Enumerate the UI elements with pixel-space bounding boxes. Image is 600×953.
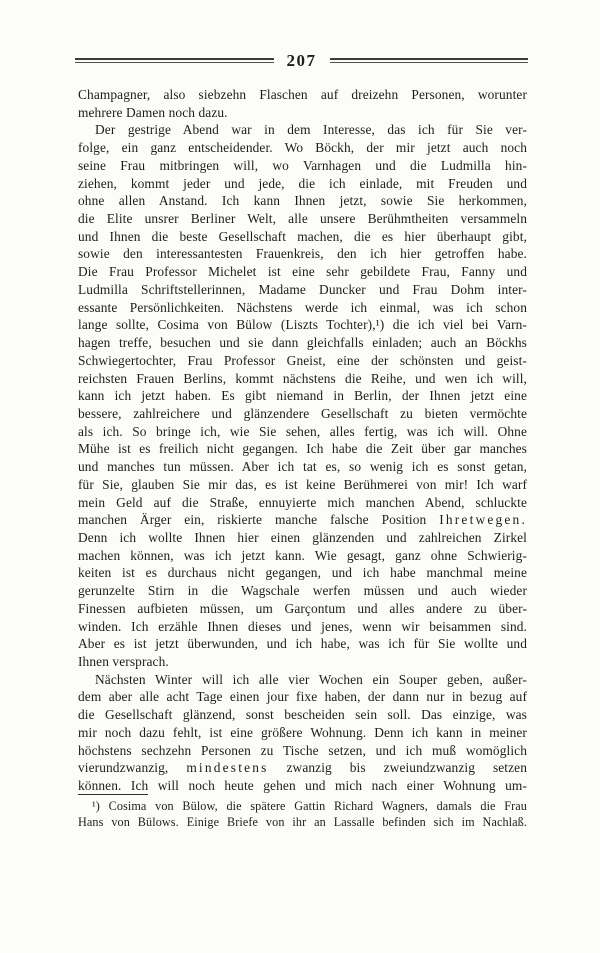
book-page: 207 Champagner, also siebzehn Flaschen a… bbox=[0, 0, 600, 953]
text-line: Champagner, also siebzehn Flaschen auf d… bbox=[78, 86, 527, 104]
text-line: die Gesellschaft glänzend, sonst beschei… bbox=[78, 706, 527, 724]
paragraph: Der gestrige Abend war in dem Interesse,… bbox=[78, 121, 527, 670]
paragraph: Nächsten Winter will ich alle vier Woche… bbox=[78, 671, 527, 795]
text-line: Die Frau Professor Michelet ist eine seh… bbox=[78, 263, 527, 281]
footnote: ¹) Cosima von Bülow, die spätere Gattin … bbox=[78, 798, 527, 831]
text-line: essante Persönlichkeiten. Nächstens werd… bbox=[78, 299, 527, 317]
text-line: und manches tun müssen. Aber ich tat es,… bbox=[78, 458, 527, 476]
text-line: kann ich jetzt haben. Es gibt niemand in… bbox=[78, 387, 527, 405]
text-line: Denn ich wollte Ihnen hier einen glänzen… bbox=[78, 529, 527, 547]
text-line: Aber es ist jetzt überwunden, und ich ha… bbox=[78, 635, 527, 653]
text-line: folge, ein ganz entscheidender. Wo Böckh… bbox=[78, 139, 527, 157]
header-rule-right bbox=[330, 58, 529, 63]
text-line: mir noch dazu fehlt, ist eine größere Wo… bbox=[78, 724, 527, 742]
text-line: als ich. So bringe ich, wie Sie sehen, a… bbox=[78, 423, 527, 441]
letterspaced-text: mindestens bbox=[186, 760, 268, 775]
text-line: lange sollte, Cosima von Bülow (Liszts T… bbox=[78, 316, 527, 334]
text-line: dem aber alle acht Tage einen jour fixe … bbox=[78, 688, 527, 706]
text-line: Nächsten Winter will ich alle vier Woche… bbox=[78, 671, 527, 689]
footnote-separator bbox=[78, 794, 148, 795]
text-line: Der gestrige Abend war in dem Interesse,… bbox=[78, 121, 527, 139]
text-line: sowie den interessantesten Frauenkreis, … bbox=[78, 245, 527, 263]
text-line: Finessen aufbieten müssen, um Garçontum … bbox=[78, 600, 527, 618]
paragraph: Champagner, also siebzehn Flaschen auf d… bbox=[78, 86, 527, 121]
text-line: Ihnen versprach. bbox=[78, 653, 527, 671]
text-line: Schwiegertochter, Frau Professor Gneist,… bbox=[78, 352, 527, 370]
text-line: vierundzwanzig, mindestens zwanzig bis z… bbox=[78, 759, 527, 777]
text-line: winden. Ich erzähle Ihnen dieses und jen… bbox=[78, 618, 527, 636]
text-line: hagen treffe, besuchen und sie dann glei… bbox=[78, 334, 527, 352]
text-line: mein Geld auf die Straße, ennuyierte mic… bbox=[78, 494, 527, 512]
text-line: können. Ich will noch heute gehen und mi… bbox=[78, 777, 527, 795]
text-line: bessere, zahlreichere und glänzendere Ge… bbox=[78, 405, 527, 423]
text-line: ziehen, kommt jeder und jede, die ich ei… bbox=[78, 175, 527, 193]
page-number: 207 bbox=[274, 51, 330, 71]
text-line: Ludmilla Schriftstellerinnen, Madame Dun… bbox=[78, 281, 527, 299]
text-line: Mühe ist es freilich nicht gegangen. Ich… bbox=[78, 440, 527, 458]
text-line: Hans von Bülows. Einige Briefe von ihr a… bbox=[78, 814, 527, 830]
text-line: machen können, was ich jetzt kann. Wie g… bbox=[78, 547, 527, 565]
text-line: reichsten Frauen Berlins, kommt nächsten… bbox=[78, 370, 527, 388]
running-head: 207 bbox=[75, 49, 528, 71]
text-line: ohne allen Anstand. Ich kann Ihnen jetzt… bbox=[78, 192, 527, 210]
text-line: mehrere Damen noch dazu. bbox=[78, 104, 527, 122]
header-rule-left bbox=[75, 58, 274, 63]
text-line: höchstens sechzehn Personen zu Tische se… bbox=[78, 742, 527, 760]
text-line: keiten ist es durchaus nicht gegangen, u… bbox=[78, 564, 527, 582]
text-line: und Ihnen die beste Gesellschaft machen,… bbox=[78, 228, 527, 246]
letterspaced-text: Ihretwegen. bbox=[439, 512, 527, 527]
text-line: manchen Ärger ein, riskierte manche fals… bbox=[78, 511, 527, 529]
text-line: für Sie, glauben Sie mir das, es ist kei… bbox=[78, 476, 527, 494]
text-line: die Elite unsrer Berliner Welt, alle uns… bbox=[78, 210, 527, 228]
text-line: seine Frau mitbringen will, wo Varnhagen… bbox=[78, 157, 527, 175]
text-line: gerunzelte Stirn in die Wagschale werfen… bbox=[78, 582, 527, 600]
text-block: Champagner, also siebzehn Flaschen auf d… bbox=[78, 86, 527, 795]
text-line: ¹) Cosima von Bülow, die spätere Gattin … bbox=[78, 798, 527, 814]
